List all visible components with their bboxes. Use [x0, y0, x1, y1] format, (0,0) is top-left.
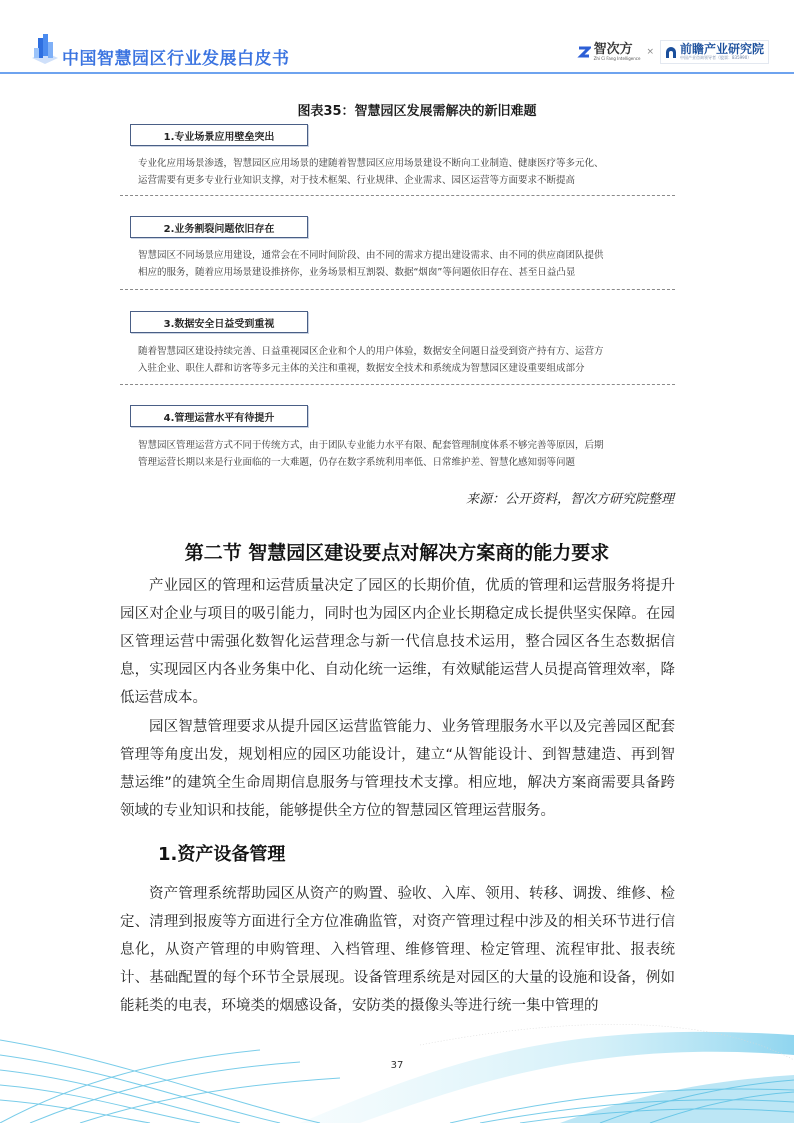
issue-desc-2: 智慧园区不同场景应用建设，通常会在不同时间阶段、由不同的需求方提出建设需求、由不… [138, 247, 678, 281]
qianzhan-name: 前瞻产业研究院 [680, 43, 764, 55]
issue-desc-3-line-2: 入驻企业、职住人群和访客等多元主体的关注和重视，数据安全技术和系统成为智慧园区建… [138, 360, 678, 377]
issue-desc-2-line-2: 相应的服务，随着应用场景建设推挤你，业务场景相互割裂、数据“烟囱”等问题依旧存在… [138, 264, 678, 281]
dashed-divider [120, 289, 675, 290]
header-rule [0, 72, 794, 74]
page-number: 37 [0, 1060, 794, 1071]
issue-label-1: 1.专业场景应用壁垒突出 [130, 124, 308, 146]
zhicifang-subtitle: Zhi Ci Fang Intelligence [594, 56, 641, 61]
dashed-divider [120, 384, 675, 385]
brand-title: 中国智慧园区行业发展白皮书 [62, 44, 290, 69]
issue-label-4: 4.管理运营水平有待提升 [130, 405, 308, 427]
issue-desc-4-line-1: 智慧园区管理运营方式不同于传统方式，由于团队专业能力水平有限、配套管理制度体系不… [138, 437, 678, 454]
body-paragraph-1: 产业园区的管理和运营质量决定了园区的长期价值，优质的管理和运营服务将提升园区对企… [120, 572, 675, 712]
zhicifang-name: 智次方 [594, 43, 641, 56]
qianzhan-logo: 前瞻产业研究院 中国产业咨询领导者（股票：835990） [660, 40, 769, 64]
issue-desc-1-line-1: 专业化应用场景渗透，智慧园区应用场景的建随着智慧园区应用场景建设不断向工业制造、… [138, 155, 678, 172]
subsection-title: 1.资产设备管理 [158, 840, 285, 866]
issue-desc-2-line-1: 智慧园区不同场景应用建设，通常会在不同时间阶段、由不同的需求方提出建设需求、由不… [138, 247, 678, 264]
issue-desc-1: 专业化应用场景渗透，智慧园区应用场景的建随着智慧园区应用场景建设不断向工业制造、… [138, 155, 678, 189]
qianzhan-arch-icon [665, 46, 677, 58]
issue-label-3: 3.数据安全日益受到重视 [130, 311, 308, 333]
issue-desc-3: 随着智慧园区建设持续完善、日益重视园区企业和个人的用户体验，数据安全问题日益受到… [138, 343, 678, 377]
zhicifang-z-icon [577, 45, 591, 59]
body-paragraph-2: 园区智慧管理要求从提升园区运营监管能力、业务管理服务水平以及完善园区配套管理等角… [120, 713, 675, 825]
section-title: 第二节 智慧园区建设要点对解决方案商的能力要求 [0, 538, 794, 565]
building-bars-logo-icon [30, 30, 60, 68]
figure-title: 图表35：智慧园区发展需解决的新旧难题 [0, 100, 794, 119]
page-header: 中国智慧园区行业发展白皮书 智次方 Zhi Ci Fang Intelligen… [0, 0, 794, 80]
issue-desc-4-line-2: 管理运营长期以来是行业面临的一大难题，仍存在数字系统利用率低、日常维护差、智慧化… [138, 454, 678, 471]
issue-desc-4: 智慧园区管理运营方式不同于传统方式，由于团队专业能力水平有限、配套管理制度体系不… [138, 437, 678, 471]
issue-label-2: 2.业务割裂问题依旧存在 [130, 216, 308, 238]
subsection-paragraph: 资产管理系统帮助园区从资产的购置、验收、入库、领用、转移、调拨、维修、检定、清理… [120, 880, 675, 1020]
partner-separator: × [646, 47, 654, 57]
dashed-divider [120, 195, 675, 196]
issue-desc-1-line-2: 运营需要有更多专业行业知识支撑，对于技术框架、行业规律、企业需求、园区运营等方面… [138, 172, 678, 189]
partner-logos: 智次方 Zhi Ci Fang Intelligence × 前瞻产业研究院 中… [577, 40, 769, 64]
figure-source: 来源：公开资料，智次方研究院整理 [466, 488, 674, 507]
zhicifang-logo: 智次方 Zhi Ci Fang Intelligence [577, 43, 641, 61]
issue-desc-3-line-1: 随着智慧园区建设持续完善、日益重视园区企业和个人的用户体验，数据安全问题日益受到… [138, 343, 678, 360]
